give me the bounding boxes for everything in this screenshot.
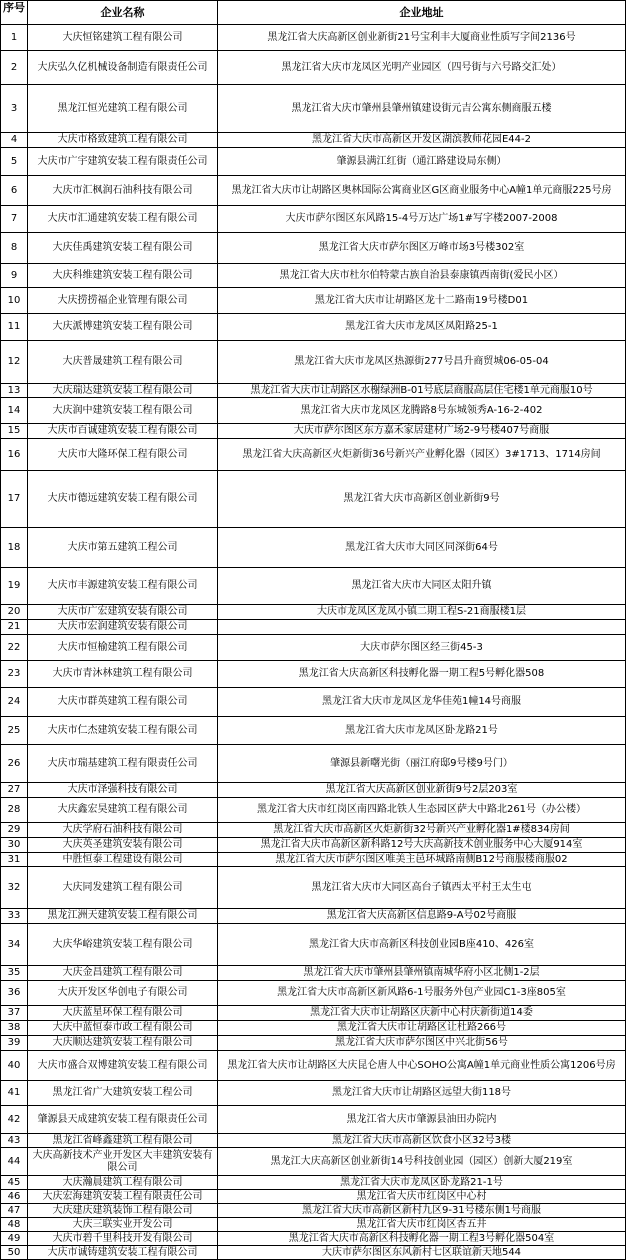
cell-company-name: 大庆同发建筑工程有限公司	[28, 867, 218, 909]
cell-company-address: 大庆市萨尔图区经三街45-3	[218, 635, 626, 661]
cell-seq: 39	[1, 1036, 28, 1051]
cell-company-name: 大庆鑫宏昊建筑工程有限公司	[28, 798, 218, 823]
table-row: 36大庆开发区华创电子有限公司黑龙江省大庆市高新区新风路6-1号服务外包产业园C…	[1, 981, 626, 1006]
table-row: 17大庆市德远建筑安装工程有限公司黑龙江省大庆市高新区创业新街9号	[1, 471, 626, 528]
cell-company-name: 黑龙江省广大建筑安装工程公司	[28, 1081, 218, 1106]
cell-company-address: 黑龙江省大庆市红岗区南四路北铁人生态园区萨大中路北261号（办公楼）	[218, 798, 626, 823]
cell-seq: 21	[1, 620, 28, 635]
cell-company-name: 大庆普晟建筑工程有限公司	[28, 341, 218, 384]
cell-company-name: 大庆市泽强科技有限公司	[28, 783, 218, 798]
cell-seq: 40	[1, 1051, 28, 1081]
cell-company-name: 大庆佳禹建筑安装工程有限公司	[28, 233, 218, 264]
table-row: 10大庆捞捞福企业管理有限公司黑龙江省大庆市让胡路区龙十二路南19号楼D01	[1, 288, 626, 314]
cell-company-address: 黑龙江省大庆高新区创业新街21号宝利丰大厦商业性质写字间2136号	[218, 25, 626, 51]
cell-company-name: 大庆开发区华创电子有限公司	[28, 981, 218, 1006]
table-row: 13大庆瑞达建筑安装工程有限公司黑龙江省大庆市让胡路区水榭绿洲B-01号底层商服…	[1, 384, 626, 398]
cell-company-address: 黑龙江省大庆市让胡路区龙十二路南19号楼D01	[218, 288, 626, 314]
cell-seq: 10	[1, 288, 28, 314]
cell-company-name: 大庆市汇枫润石油科技有限公司	[28, 176, 218, 206]
table-row: 25大庆市仁杰建筑安装工程有限公司黑龙江省大庆市龙凤区卧龙路21号	[1, 717, 626, 745]
table-row: 42肇源县天成建筑安装工程有限责任公司黑龙江省大庆市肇源县油田办院内	[1, 1106, 626, 1134]
cell-company-address: 黑龙江省大庆市肇州县肇州镇建设街元吉公寓东侧商服五楼	[218, 85, 626, 133]
cell-company-address: 黑龙江省大庆市大同区同深街64号	[218, 528, 626, 568]
cell-seq: 30	[1, 838, 28, 853]
cell-company-name: 大庆市仁杰建筑安装工程有限公司	[28, 717, 218, 745]
cell-seq: 43	[1, 1134, 28, 1148]
cell-seq: 25	[1, 717, 28, 745]
cell-company-name: 大庆高新技术产业开发区大丰建筑安装有限公司	[28, 1148, 218, 1176]
table-row: 12大庆普晟建筑工程有限公司黑龙江省大庆市龙凤区热源街277号昌升商贸城06-0…	[1, 341, 626, 384]
cell-company-address: 黑龙江省大庆高新区火炬新街36号新兴产业孵化器（园区）3#1713、1714房间	[218, 439, 626, 471]
cell-company-address: 肇源县满江红街（通江路建设局东侧）	[218, 148, 626, 176]
table-header-row: 序号 企业名称 企业地址	[1, 1, 626, 25]
cell-seq: 44	[1, 1148, 28, 1176]
cell-company-address: 黑龙江省大庆市让胡路区让杜路266号	[218, 1021, 626, 1036]
table-row: 50大庆市诚铸建筑安装工程有限公司大庆市萨尔图区东风新村七区联谊新天地544	[1, 1246, 626, 1260]
table-row: 34大庆华峪建筑安装工程有限公司黑龙江省大庆市高新区科技创业园B座410、426…	[1, 924, 626, 966]
cell-company-address: 黑龙江省大庆高新区信息路9-A号02号商服	[218, 909, 626, 924]
cell-company-name: 黑龙江省峰鑫建筑工程有限公司	[28, 1134, 218, 1148]
cell-company-name: 大庆市青沐林建筑工程有限公司	[28, 661, 218, 688]
cell-seq: 48	[1, 1218, 28, 1232]
table-row: 41黑龙江省广大建筑安装工程公司黑龙江省大庆市让胡路区远望大街118号	[1, 1081, 626, 1106]
header-company-address: 企业地址	[218, 1, 626, 25]
cell-seq: 46	[1, 1190, 28, 1204]
cell-seq: 13	[1, 384, 28, 398]
cell-company-name: 大庆市汇通建筑安装工程有限公司	[28, 206, 218, 233]
cell-company-address: 黑龙江省大庆市高新区新科路12号大庆高新技术创业服务中心大厦914室	[218, 838, 626, 853]
table-row: 35大庆金昌建筑工程有限公司黑龙江省大庆市肇州县肇州镇南城华府小区北侧1-2层	[1, 966, 626, 981]
cell-company-address: 黑龙江省大庆市萨尔图区万峰市场3号楼302室	[218, 233, 626, 264]
cell-company-name: 大庆学府石油科技有限公司	[28, 823, 218, 838]
cell-company-address: 黑龙江省大庆市龙凤区热源街277号昌升商贸城06-05-04	[218, 341, 626, 384]
enterprise-table: 序号 企业名称 企业地址 1大庆恒铭建筑工程有限公司黑龙江省大庆高新区创业新街2…	[0, 0, 626, 1260]
table-row: 38大庆中蓝恒泰市政工程有限公司黑龙江省大庆市让胡路区让杜路266号	[1, 1021, 626, 1036]
cell-company-address	[218, 620, 626, 635]
table-row: 46大庆宏海建筑安装工程有限责任公司黑龙江省大庆市红岗区中心村	[1, 1190, 626, 1204]
cell-company-name: 大庆市德远建筑安装工程有限公司	[28, 471, 218, 528]
cell-company-address: 黑龙江省大庆市肇州县肇州镇南城华府小区北侧1-2层	[218, 966, 626, 981]
table-row: 28大庆鑫宏昊建筑工程有限公司黑龙江省大庆市红岗区南四路北铁人生态园区萨大中路北…	[1, 798, 626, 823]
table-row: 27大庆市泽强科技有限公司黑龙江省大庆高新区创业新街9号2层203室	[1, 783, 626, 798]
cell-company-name: 大庆华峪建筑安装工程有限公司	[28, 924, 218, 966]
cell-company-name: 大庆英圣建筑安装有限公司	[28, 838, 218, 853]
cell-seq: 42	[1, 1106, 28, 1134]
cell-company-name: 大庆三联实业开发公司	[28, 1218, 218, 1232]
table-row: 26大庆市瑞基建筑工程有限责任公司肇源县新曙光街（丽江府邸9号楼9号门）	[1, 745, 626, 783]
table-row: 40大庆市盛合双博建筑安装工程有限公司黑龙江省大庆市让胡路区大庆昆仑唐人中心SO…	[1, 1051, 626, 1081]
cell-seq: 19	[1, 568, 28, 605]
header-seq: 序号	[1, 1, 28, 25]
table-row: 6大庆市汇枫润石油科技有限公司黑龙江省大庆市让胡路区奥林国际公寓商业区G区商业服…	[1, 176, 626, 206]
cell-seq: 34	[1, 924, 28, 966]
cell-seq: 16	[1, 439, 28, 471]
cell-company-name: 大庆市第五建筑工程公司	[28, 528, 218, 568]
cell-company-name: 中胜恒泰工程建设有限公司	[28, 853, 218, 867]
cell-company-address: 黑龙江省大庆市让胡路区水榭绿洲B-01号底层商服高层住宅楼1单元商服10号	[218, 384, 626, 398]
cell-seq: 17	[1, 471, 28, 528]
table-row: 14大庆润中建筑安装工程有限公司黑龙江省大庆市龙凤区龙腾路8号东城领秀A-16-…	[1, 398, 626, 424]
table-row: 9大庆科维建筑安装工程有限公司黑龙江省大庆市杜尔伯特蒙古族自治县泰康镇西南街(爱…	[1, 264, 626, 288]
table-row: 19大庆市丰源建筑安装工程有限公司黑龙江省大庆市大同区太阳升镇	[1, 568, 626, 605]
cell-company-name: 大庆瀚晨建筑工程有限公司	[28, 1176, 218, 1190]
cell-seq: 32	[1, 867, 28, 909]
cell-company-address: 黑龙江省大庆市红岗区中心村	[218, 1190, 626, 1204]
cell-seq: 23	[1, 661, 28, 688]
cell-company-name: 大庆弘久亿机械设备制造有限责任公司	[28, 51, 218, 85]
cell-seq: 20	[1, 605, 28, 620]
cell-company-address: 黑龙江省大庆市肇源县油田办院内	[218, 1106, 626, 1134]
cell-seq: 4	[1, 133, 28, 148]
table-row: 5大庆市广宇建筑安装工程有限责任公司肇源县满江红街（通江路建设局东侧）	[1, 148, 626, 176]
cell-company-address: 黑龙江省大庆市萨尔图区唯美主邑环城路南侧B12号商服楼商服02	[218, 853, 626, 867]
cell-seq: 47	[1, 1204, 28, 1218]
cell-seq: 9	[1, 264, 28, 288]
cell-seq: 28	[1, 798, 28, 823]
cell-company-name: 大庆顺达建筑安装工程有限公司	[28, 1036, 218, 1051]
cell-seq: 15	[1, 424, 28, 439]
cell-seq: 33	[1, 909, 28, 924]
cell-company-name: 大庆中蓝恒泰市政工程有限公司	[28, 1021, 218, 1036]
cell-company-name: 大庆金昌建筑工程有限公司	[28, 966, 218, 981]
table-row: 30大庆英圣建筑安装有限公司黑龙江省大庆市高新区新科路12号大庆高新技术创业服务…	[1, 838, 626, 853]
cell-company-address: 黑龙江省大庆市杜尔伯特蒙古族自治县泰康镇西南街(爱民小区）	[218, 264, 626, 288]
table-row: 24大庆市群英建筑工程有限公司黑龙江省大庆市龙凤区龙华佳苑1幢14号商服	[1, 688, 626, 717]
cell-company-name: 大庆市诚铸建筑安装工程有限公司	[28, 1246, 218, 1260]
table-row: 45大庆瀚晨建筑工程有限公司黑龙江省大庆市龙凤区卧龙路21-1号	[1, 1176, 626, 1190]
cell-company-name: 大庆市大隆环保工程有限公司	[28, 439, 218, 471]
cell-company-address: 黑龙江省大庆高新区创业新街9号2层203室	[218, 783, 626, 798]
cell-company-address: 黑龙江省大庆市高新区科技创业园B座410、426室	[218, 924, 626, 966]
cell-company-address: 黑龙江省大庆市红岗区杏五井	[218, 1218, 626, 1232]
cell-seq: 3	[1, 85, 28, 133]
table-row: 44大庆高新技术产业开发区大丰建筑安装有限公司黑龙江大庆高新区创业新街14号科技…	[1, 1148, 626, 1176]
cell-company-name: 大庆建庆建筑装饰工程有限公司	[28, 1204, 218, 1218]
cell-company-name: 大庆润中建筑安装工程有限公司	[28, 398, 218, 424]
cell-company-name: 大庆市盛合双博建筑安装工程有限公司	[28, 1051, 218, 1081]
cell-company-name: 大庆捞捞福企业管理有限公司	[28, 288, 218, 314]
cell-company-name: 大庆市广宏建筑安装有限公司	[28, 605, 218, 620]
cell-company-name: 大庆市碧千里科技开发有限公司	[28, 1232, 218, 1246]
cell-company-address: 黑龙江省大庆市让胡路区庆新中心村庆新街道14委	[218, 1006, 626, 1021]
cell-company-name: 黑龙江洲天建筑安装工程有限公司	[28, 909, 218, 924]
cell-seq: 26	[1, 745, 28, 783]
cell-company-name: 大庆市宏润建筑安装有限公司	[28, 620, 218, 635]
cell-company-name: 大庆恒铭建筑工程有限公司	[28, 25, 218, 51]
cell-company-address: 黑龙江省大庆市高新区新风路6-1号服务外包产业园C1-3座805室	[218, 981, 626, 1006]
table-row: 22大庆市恒榆建筑工程有限公司大庆市萨尔图区经三街45-3	[1, 635, 626, 661]
cell-seq: 12	[1, 341, 28, 384]
cell-company-name: 大庆宏海建筑安装工程有限责任公司	[28, 1190, 218, 1204]
cell-company-name: 大庆科维建筑安装工程有限公司	[28, 264, 218, 288]
cell-company-name: 大庆派博建筑安装工程有限公司	[28, 314, 218, 341]
table-row: 15大庆市百诚建筑安装工程有限公司大庆市萨尔图区东方嘉禾家居建材广场2-9号楼4…	[1, 424, 626, 439]
table-row: 43黑龙江省峰鑫建筑工程有限公司黑龙江省大庆市高新区饮食小区32号3楼	[1, 1134, 626, 1148]
cell-seq: 49	[1, 1232, 28, 1246]
cell-company-address: 黑龙江省大庆市让胡路区远望大街118号	[218, 1081, 626, 1106]
table-row: 8大庆佳禹建筑安装工程有限公司黑龙江省大庆市萨尔图区万峰市场3号楼302室	[1, 233, 626, 264]
cell-seq: 41	[1, 1081, 28, 1106]
table-row: 18大庆市第五建筑工程公司黑龙江省大庆市大同区同深街64号	[1, 528, 626, 568]
cell-company-address: 黑龙江省大庆市龙凤区卧龙路21号	[218, 717, 626, 745]
cell-company-name: 大庆市群英建筑工程有限公司	[28, 688, 218, 717]
cell-seq: 37	[1, 1006, 28, 1021]
cell-company-name: 大庆市丰源建筑安装工程有限公司	[28, 568, 218, 605]
table-row: 37大庆蓝星环保工程有限公司黑龙江省大庆市让胡路区庆新中心村庆新街道14委	[1, 1006, 626, 1021]
cell-seq: 36	[1, 981, 28, 1006]
table-row: 16大庆市大隆环保工程有限公司黑龙江省大庆高新区火炬新街36号新兴产业孵化器（园…	[1, 439, 626, 471]
cell-company-address: 黑龙江大庆高新区创业新街14号科技创业园（园区）创新大厦219室	[218, 1148, 626, 1176]
cell-company-address: 黑龙江省大庆市高新区新村九区9-31号楼东侧1号商服	[218, 1204, 626, 1218]
cell-seq: 8	[1, 233, 28, 264]
cell-seq: 2	[1, 51, 28, 85]
table-row: 1大庆恒铭建筑工程有限公司黑龙江省大庆高新区创业新街21号宝利丰大厦商业性质写字…	[1, 25, 626, 51]
cell-company-name: 大庆市瑞基建筑工程有限责任公司	[28, 745, 218, 783]
cell-seq: 45	[1, 1176, 28, 1190]
cell-company-address: 黑龙江省大庆市龙凤区龙腾路8号东城领秀A-16-2-402	[218, 398, 626, 424]
cell-company-name: 大庆市广宇建筑安装工程有限责任公司	[28, 148, 218, 176]
table-row: 23大庆市青沐林建筑工程有限公司黑龙江省大庆高新区科技孵化器一期工程5号孵化器5…	[1, 661, 626, 688]
cell-seq: 24	[1, 688, 28, 717]
table-row: 48大庆三联实业开发公司黑龙江省大庆市红岗区杏五井	[1, 1218, 626, 1232]
cell-company-address: 黑龙江省大庆市让胡路区奥林国际公寓商业区G区商业服务中心A幢1单元商服225号房	[218, 176, 626, 206]
table-row: 39大庆顺达建筑安装工程有限公司黑龙江省大庆市萨尔图区中兴北街56号	[1, 1036, 626, 1051]
cell-company-name: 大庆市格致建筑工程有限公司	[28, 133, 218, 148]
table-row: 33黑龙江洲天建筑安装工程有限公司黑龙江省大庆高新区信息路9-A号02号商服	[1, 909, 626, 924]
cell-seq: 6	[1, 176, 28, 206]
table-row: 20大庆市广宏建筑安装有限公司大庆市龙凤区龙凤小镇二期工程S-21商服楼1层	[1, 605, 626, 620]
cell-company-address: 黑龙江省大庆市高新区饮食小区32号3楼	[218, 1134, 626, 1148]
cell-company-address: 黑龙江省大庆市龙凤区光明产业园区（四号街与六号路交汇处）	[218, 51, 626, 85]
table-row: 11大庆派博建筑安装工程有限公司黑龙江省大庆市龙凤区凤阳路25-1	[1, 314, 626, 341]
table-row: 3黑龙江恒光建筑工程有限公司黑龙江省大庆市肇州县肇州镇建设街元吉公寓东侧商服五楼	[1, 85, 626, 133]
cell-company-address: 黑龙江省大庆市龙凤区卧龙路21-1号	[218, 1176, 626, 1190]
cell-company-name: 肇源县天成建筑安装工程有限责任公司	[28, 1106, 218, 1134]
cell-company-address: 黑龙江省大庆市龙凤区龙华佳苑1幢14号商服	[218, 688, 626, 717]
cell-company-address: 肇源县新曙光街（丽江府邸9号楼9号门）	[218, 745, 626, 783]
cell-company-address: 大庆市萨尔图区东风新村七区联谊新天地544	[218, 1246, 626, 1260]
table-row: 49大庆市碧千里科技开发有限公司黑龙江省大庆市高新区科技孵化器一期工程3号孵化器…	[1, 1232, 626, 1246]
cell-company-name: 大庆市恒榆建筑工程有限公司	[28, 635, 218, 661]
cell-company-address: 黑龙江省大庆市高新区开发区湖滨教师花园E44-2	[218, 133, 626, 148]
cell-seq: 18	[1, 528, 28, 568]
cell-company-address: 黑龙江省大庆市高新区火炬新街32号新兴产业孵化器1#楼834房间	[218, 823, 626, 838]
cell-seq: 1	[1, 25, 28, 51]
cell-company-name: 大庆市百诚建筑安装工程有限公司	[28, 424, 218, 439]
table-row: 47大庆建庆建筑装饰工程有限公司黑龙江省大庆市高新区新村九区9-31号楼东侧1号…	[1, 1204, 626, 1218]
cell-company-address: 大庆市萨尔图区东风路15-4号万达广场1#写字楼2007-2008	[218, 206, 626, 233]
cell-seq: 31	[1, 853, 28, 867]
table-row: 2大庆弘久亿机械设备制造有限责任公司黑龙江省大庆市龙凤区光明产业园区（四号街与六…	[1, 51, 626, 85]
cell-seq: 14	[1, 398, 28, 424]
cell-seq: 27	[1, 783, 28, 798]
cell-company-name: 大庆蓝星环保工程有限公司	[28, 1006, 218, 1021]
cell-company-address: 黑龙江省大庆市大同区太阳升镇	[218, 568, 626, 605]
cell-seq: 50	[1, 1246, 28, 1260]
cell-company-address: 黑龙江省大庆市高新区科技孵化器一期工程3号孵化器504室	[218, 1232, 626, 1246]
cell-company-address: 黑龙江省大庆市高新区创业新街9号	[218, 471, 626, 528]
table-row: 7大庆市汇通建筑安装工程有限公司大庆市萨尔图区东风路15-4号万达广场1#写字楼…	[1, 206, 626, 233]
cell-seq: 7	[1, 206, 28, 233]
cell-seq: 11	[1, 314, 28, 341]
cell-company-address: 大庆市龙凤区龙凤小镇二期工程S-21商服楼1层	[218, 605, 626, 620]
header-company-name: 企业名称	[28, 1, 218, 25]
table-row: 29大庆学府石油科技有限公司黑龙江省大庆市高新区火炬新街32号新兴产业孵化器1#…	[1, 823, 626, 838]
cell-seq: 29	[1, 823, 28, 838]
cell-company-address: 黑龙江省大庆高新区科技孵化器一期工程5号孵化器508	[218, 661, 626, 688]
table-row: 32大庆同发建筑工程有限公司黑龙江省大庆市大同区高台子镇西太平村王太生屯	[1, 867, 626, 909]
cell-seq: 22	[1, 635, 28, 661]
cell-seq: 38	[1, 1021, 28, 1036]
cell-company-address: 黑龙江省大庆市让胡路区大庆昆仑唐人中心SOHO公寓A幢1单元商业性质公寓1206…	[218, 1051, 626, 1081]
cell-company-address: 黑龙江省大庆市萨尔图区中兴北街56号	[218, 1036, 626, 1051]
cell-company-name: 黑龙江恒光建筑工程有限公司	[28, 85, 218, 133]
cell-company-address: 大庆市萨尔图区东方嘉禾家居建材广场2-9号楼407号商服	[218, 424, 626, 439]
cell-seq: 5	[1, 148, 28, 176]
table-row: 21大庆市宏润建筑安装有限公司	[1, 620, 626, 635]
table-row: 31中胜恒泰工程建设有限公司黑龙江省大庆市萨尔图区唯美主邑环城路南侧B12号商服…	[1, 853, 626, 867]
cell-company-address: 黑龙江省大庆市大同区高台子镇西太平村王太生屯	[218, 867, 626, 909]
table-row: 4大庆市格致建筑工程有限公司黑龙江省大庆市高新区开发区湖滨教师花园E44-2	[1, 133, 626, 148]
cell-seq: 35	[1, 966, 28, 981]
cell-company-address: 黑龙江省大庆市龙凤区凤阳路25-1	[218, 314, 626, 341]
cell-company-name: 大庆瑞达建筑安装工程有限公司	[28, 384, 218, 398]
